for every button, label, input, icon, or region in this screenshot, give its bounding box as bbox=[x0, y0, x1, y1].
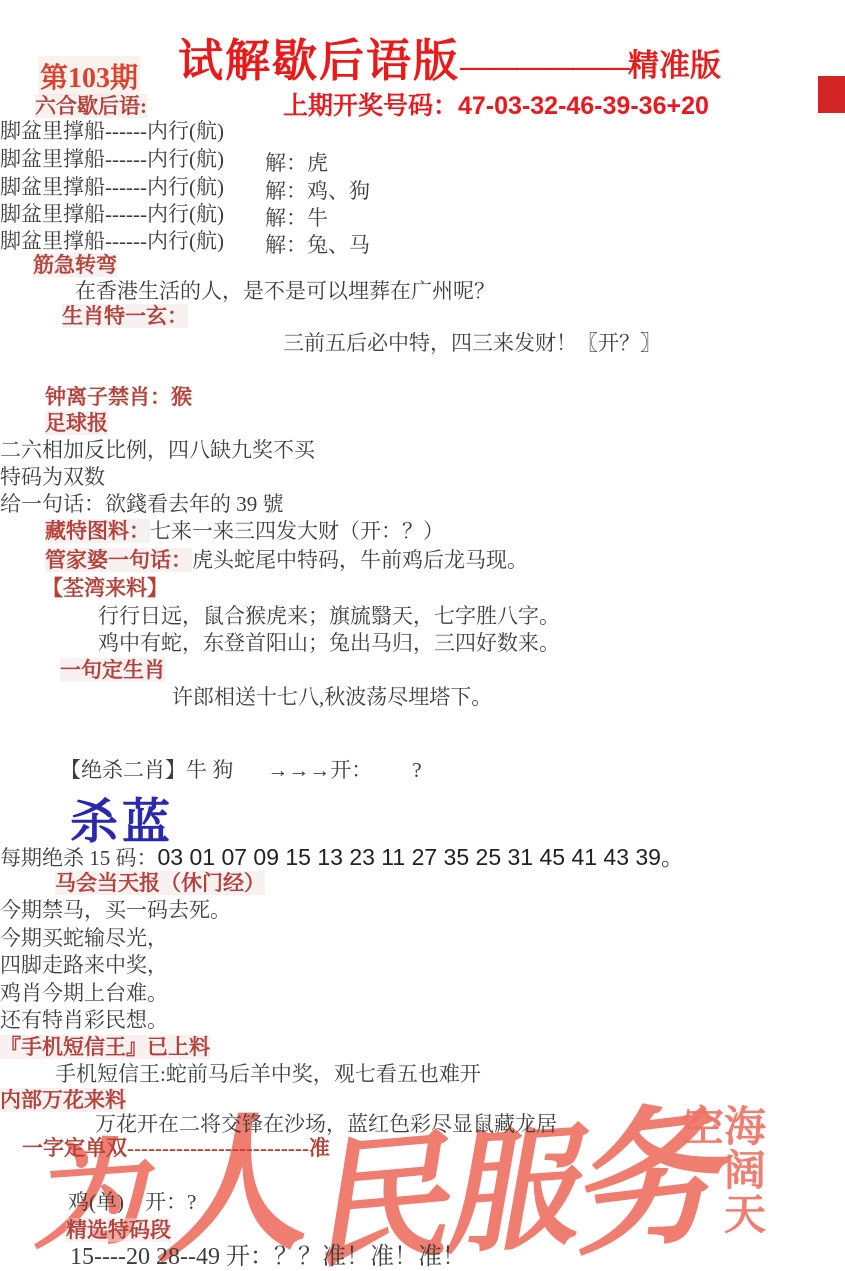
football-line2: 特码为双数 bbox=[0, 465, 105, 489]
guanjiapo-line: 管家婆一句话：虎头蛇尾中特码，牛前鸡后龙马现。 bbox=[45, 548, 528, 572]
section-label-quanwan: 【荃湾来料】 bbox=[42, 576, 168, 600]
zhonglizi-value: 猴 bbox=[171, 385, 192, 409]
juesha2-line: 【绝杀二肖】牛 狗→→→开：? bbox=[60, 758, 422, 782]
section-label-sms: 『手机短信王』已上料 bbox=[0, 1035, 210, 1059]
mahui-line3: 四脚走路来中奖， bbox=[0, 953, 168, 977]
zhonglizi-label: 钟离子禁肖： bbox=[45, 385, 171, 409]
last-draw-numbers: 上期开奖号码：47-03-32-46-39-36+20 bbox=[283, 86, 709, 122]
football-line3: 给一句话：欲錢看去年的 39 號 bbox=[0, 492, 284, 516]
mahui-line5: 还有特肖彩民想。 bbox=[0, 1008, 168, 1032]
page-title-dash: —————— bbox=[460, 50, 628, 83]
chicken-line: 鸡(单) 开：? bbox=[68, 1190, 196, 1214]
riddle-line: 脚盆里撑船------内行(航) bbox=[0, 147, 224, 171]
section-label-yiju: 一句定生肖 bbox=[60, 658, 165, 682]
yiju-text: 许郎相送十七八,秋波荡尽埋塔下。 bbox=[172, 685, 492, 709]
riddle-answer: 解：虎 bbox=[265, 147, 328, 177]
riddle-answer: 解：牛 bbox=[265, 202, 328, 232]
corner-red-block bbox=[818, 76, 845, 113]
cangte-text: 七来一来三四发大财（开：？） bbox=[150, 519, 444, 543]
guanjiapo-label: 管家婆一句话： bbox=[45, 548, 192, 572]
section-label-football: 足球报 bbox=[45, 411, 108, 435]
section-label-jingxuan: 精选特码段 bbox=[66, 1218, 171, 1242]
jue15-label: 每期绝杀 15 码： bbox=[0, 846, 158, 870]
riddle-line: 脚盆里撑船------内行(航) bbox=[0, 202, 224, 226]
quanwan-line2: 鸡中有蛇，东登首阳山；兔出马归，三四好数来。 bbox=[98, 631, 560, 655]
football-line1: 二六相加反比例，四八缺九奖不买 bbox=[0, 438, 315, 462]
section-label-hexieyu: 六合歇后语: bbox=[35, 94, 147, 118]
mahui-line4: 鸡肖今期上台难。 bbox=[0, 981, 168, 1005]
shalan-title: 杀蓝 bbox=[70, 783, 174, 852]
section-label-mahui: 马会当天报（休门经） bbox=[55, 871, 265, 895]
page-title: 试解歇后语版——————精准版 bbox=[178, 24, 721, 89]
guanjiapo-text: 虎头蛇尾中特码，牛前鸡后龙马现。 bbox=[192, 548, 528, 572]
juesha2-arrows: →→→开： bbox=[267, 758, 372, 782]
juesha2-result: ? bbox=[412, 758, 421, 782]
page-title-main: 试解歇后语版 bbox=[178, 36, 460, 86]
range-line: 15----20 28--49 开：？？准！准！准！ bbox=[70, 1244, 466, 1271]
watermark-vertical-haikuotiankong: 海阔天空 bbox=[678, 1104, 762, 1271]
section-label-shengxiao: 生肖特一玄： bbox=[62, 304, 188, 328]
mahui-line1: 今期禁马，买一码去死。 bbox=[0, 898, 231, 922]
shengxiao-text: 三前五后必中特，四三来发财！〖开？〗 bbox=[283, 331, 661, 355]
mahui-line2: 今期买蛇输尽光， bbox=[0, 926, 168, 950]
watermark-char-fu: 服 bbox=[438, 1122, 579, 1263]
riddle-line: 脚盆里撑船------内行(航) bbox=[0, 229, 224, 253]
issue-number: 第103期 bbox=[38, 56, 140, 96]
jue15-line: 每期绝杀 15 码：03 01 07 09 15 13 23 11 27 35 … bbox=[0, 844, 684, 870]
juesha2-animals: 牛 狗 bbox=[186, 758, 233, 782]
quanwan-line1: 行行日远，鼠合猴虎来；旗旈翳天，七字胜八字。 bbox=[98, 604, 560, 628]
riddle-answer: 解：鸡、狗 bbox=[265, 175, 370, 205]
jue15-numbers: 03 01 07 09 15 13 23 11 27 35 25 31 45 4… bbox=[158, 844, 684, 870]
page-title-suffix: 精准版 bbox=[628, 48, 721, 83]
sms-text: 手机短信王:蛇前马后羊中奖，观七看五也难开 bbox=[55, 1062, 481, 1086]
riddle-line: 脚盆里撑船------内行(航) bbox=[0, 119, 224, 143]
yizi-line: 一字定单双--------------------------准 bbox=[22, 1136, 330, 1160]
teaser-text: 在香港生活的人，是不是可以埋葬在广州呢？ bbox=[75, 279, 495, 303]
riddle-line: 脚盆里撑船------内行(航) bbox=[0, 175, 224, 199]
section-label-wanhua: 内部万花来料 bbox=[0, 1088, 126, 1112]
cangte-line: 藏特图料：七来一来三四发大财（开：？） bbox=[45, 519, 444, 543]
zhonglizi-line: 钟离子禁肖：猴 bbox=[45, 385, 192, 409]
wanhua-text: 万花开在二将交锋在沙场，蓝红色彩尽显鼠藏龙居 bbox=[95, 1112, 557, 1136]
cangte-label: 藏特图料： bbox=[45, 519, 150, 543]
juesha2-label: 【绝杀二肖】 bbox=[60, 758, 186, 782]
riddle-answer: 解：兔、马 bbox=[265, 229, 370, 259]
section-label-teaser: 筋急转弯 bbox=[33, 253, 117, 277]
tip-sheet-page: 为 人 民 服 务 海阔天空 试解歇后语版——————精准版 第103期 上期开… bbox=[0, 0, 845, 1271]
